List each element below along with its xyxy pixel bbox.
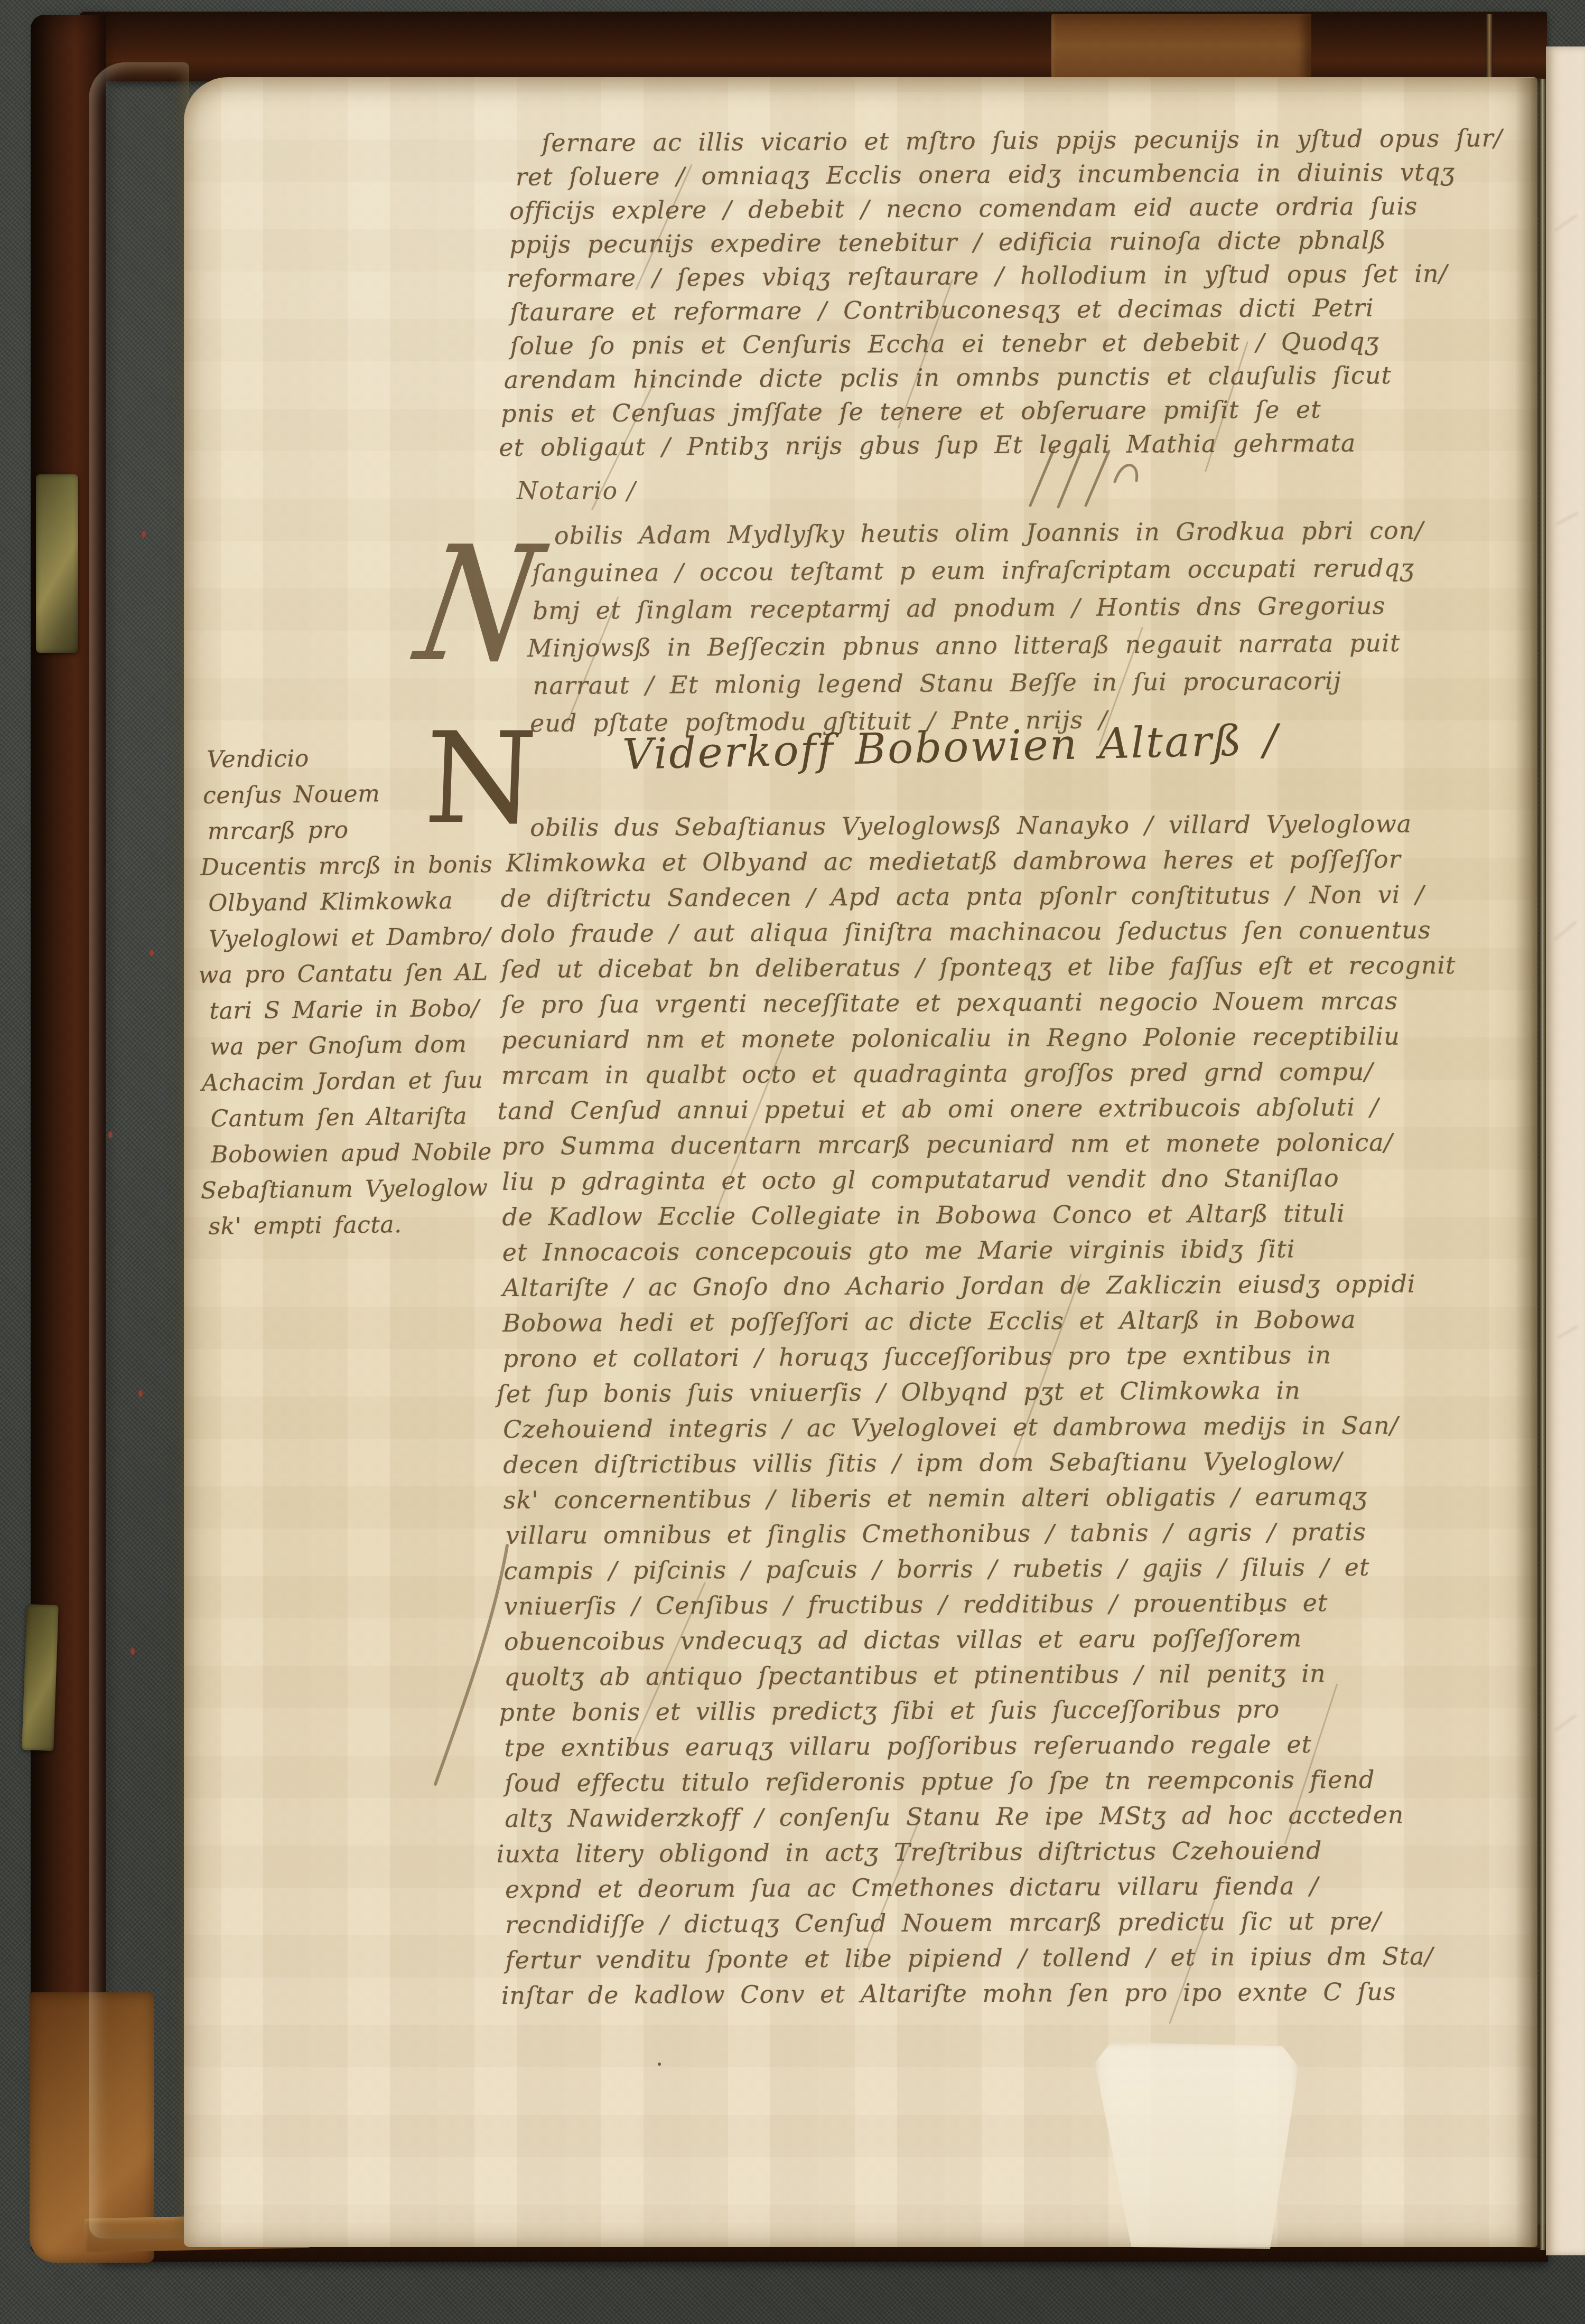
text-line: tari S Marie in Bobo/ [209, 990, 494, 1029]
text-line: Vyeloglowi et Dambro/ [209, 919, 493, 958]
text-line: obilis Adam Mydlyſky heutis olim Joannis… [554, 512, 1424, 555]
text-line: de diſtrictu Sandecen / Apd acta pnta pſ… [501, 877, 1456, 916]
text-line: altʒ Nawiderzkoff / conſenſu Stanu Re ip… [505, 1797, 1459, 1836]
text-line: pro Summa ducentarn mrcarß pecuniard nm … [502, 1124, 1457, 1164]
text-line: ſtaurare et reformare / Contribuconesqʒ … [510, 290, 1504, 329]
text-line: ſoud effectu titulo reſideronis pptue ſo… [505, 1761, 1459, 1801]
text-line: arendam hincinde dicte pclis in omnbs pu… [504, 358, 1504, 397]
text-line: recndidiſſe / dictuqʒ Cenſud Nouem mrcar… [505, 1903, 1460, 1943]
text-line: sk' empti facta. [208, 1206, 496, 1245]
text-line: expnd et deorum ſua ac Cmethones dictaru… [505, 1868, 1460, 1907]
paragraph-1: ſernare ac illis vicario et mſtro ſuis p… [509, 121, 1504, 464]
facing-page-sliver [1546, 46, 1585, 2255]
text-line: sk' concernentibus / liberis et nemin al… [504, 1478, 1458, 1518]
text-line: ſanguinea / occou teſtamt p eum infraſcr… [532, 549, 1424, 592]
text-line: de Kadlow Ecclie Collegiate in Bobowa Co… [502, 1195, 1457, 1235]
text-line: tand Cenſud annui ppetui et ab omi onere… [497, 1089, 1456, 1129]
text-line: ſolue ſo pnis et Cenſuris Eccha ei teneb… [510, 324, 1504, 363]
text-line: prono et collatori / horuqʒ ſucceſſoribu… [502, 1337, 1457, 1376]
text-line: decen diſtrictibus villis ſitis / ipm do… [503, 1443, 1458, 1483]
text-line: ſe pro ſua vrgenti neceſſitate et pexqua… [501, 983, 1456, 1023]
text-line: campis / piſcinis / paſcuis / borris / r… [504, 1549, 1458, 1589]
top-leather-fold [1486, 14, 1493, 82]
margin-flourish-icon [427, 1541, 519, 1789]
text-line: Ducentis mrcß in bonis [200, 847, 492, 886]
text-line: inſtar de kadlow Conv et Altariſte mohn … [501, 1974, 1460, 2013]
brass-clasp-bottom-icon [22, 1604, 59, 1751]
text-line: pecuniard nm et monete polonicaliu in Re… [501, 1018, 1456, 1058]
text-line: Vendicio [207, 739, 491, 778]
text-line: ppijs pecunijs expedire tenebitur / edif… [509, 222, 1503, 261]
text-line: Altariſte / ac Gnoſo dno Achario Jordan … [502, 1266, 1457, 1306]
text-line: et Innocacois concepcouis gto me Marie v… [502, 1231, 1457, 1270]
text-line: vniuerſis / Cenſibus / fructibus / reddi… [504, 1585, 1458, 1624]
text-line: wa per Gnoſum dom [210, 1026, 495, 1065]
text-line: Klimkowka et Olbyand ac medietatß dambro… [506, 841, 1455, 881]
paragraph-3: obilis dus Sebaſtianus Vyeloglowsß Nanay… [500, 806, 1460, 2013]
text-line: Minjowsß in Beſſeczin pbnus anno littera… [527, 624, 1424, 667]
notary-line: Notario / [517, 476, 636, 505]
text-line: obuencoibus vndecuqʒ ad dictas villas et… [504, 1620, 1459, 1660]
text-line: liu p gdraginta et octo gl computatarud … [502, 1160, 1457, 1200]
text-line: Bobowien apud Nobile [211, 1134, 496, 1173]
text-line: Olbyand Klimkowka [208, 883, 493, 922]
paragraph-2: obilis Adam Mydlyſky heutis olim Joannis… [532, 512, 1425, 742]
pen-trial-flourish-icon [1017, 445, 1144, 513]
gutter-fold-line [1540, 79, 1546, 2250]
text-line: officijs explere / debebit / necno comen… [509, 189, 1503, 228]
brass-clasp-top-icon [36, 474, 78, 653]
text-line: Bobowa hedi et poſſeſſori ac dicte Eccli… [502, 1301, 1457, 1341]
text-line: wa pro Cantatu ſen AL [198, 954, 493, 994]
text-line: et obligaut / Pntibʒ nrijs gbus ſup Et l… [499, 425, 1504, 464]
page-edge-stack [89, 62, 189, 2238]
text-line: mrcarß pro [207, 811, 492, 850]
fly-speck [658, 2063, 661, 2066]
red-speck [130, 1648, 135, 1655]
text-line: narraut / Et mlonig legend Stanu Beſſe i… [533, 662, 1424, 705]
text-line: dolo fraude / aut aliqua ſiniſtra machin… [501, 912, 1456, 952]
red-speck [108, 1131, 113, 1138]
red-speck [150, 950, 154, 957]
text-line: Cantum ſen Altariſta [210, 1098, 495, 1137]
text-line: pnte bonis et villis predictʒ ſibi et ſu… [499, 1691, 1459, 1730]
text-line: bmj et ſinglam receptarmj ad pnodum / Ho… [533, 587, 1424, 630]
red-speck [138, 1390, 143, 1397]
text-line: fertur venditu ſponte et libe pipiend / … [505, 1938, 1460, 1978]
text-line: iuxta litery obligond in actʒ Treſtribus… [497, 1832, 1460, 1872]
text-line: villaru omnibus et ſinglis Cmethonibus /… [506, 1514, 1458, 1553]
text-line: Sebaſtianum Vyeloglow [201, 1170, 496, 1209]
text-line: pnis et Cenſuas jmſſate ſe tenere et obſ… [501, 391, 1504, 430]
top-leather-edge [79, 12, 1547, 81]
text-line: cenſus Nouem [203, 775, 492, 814]
text-line: Czehouiend integris / ac Vyeloglovei et … [503, 1408, 1458, 1447]
red-speck [142, 531, 146, 538]
text-line: ſet ſup bonis ſuis vniuerſis / Olbyqnd p… [497, 1372, 1458, 1412]
text-line: reformare / ſepes vbiqʒ reſtaurare / hol… [507, 256, 1504, 295]
top-leather-light-patch [1051, 14, 1311, 83]
text-line: ret ſoluere / omniaqʒ Ecclis onera eidʒ … [516, 155, 1503, 194]
margin-note: Vendiciocenſus Nouemmrcarß proDucentis m… [207, 739, 497, 1245]
text-line: ſed ut dicebat bn deliberatus / ſponteqʒ… [501, 948, 1456, 987]
text-line: Achacim Jordan et ſuu [201, 1062, 495, 1101]
text-line: obilis dus Sebaſtianus Vyeloglowsß Nanay… [530, 806, 1455, 846]
scanned-manuscript-scene: ſernare ac illis vicario et mſtro ſuis p… [0, 0, 1585, 2324]
text-line: mrcam in qualbt octo et quadraginta groſ… [501, 1054, 1456, 1093]
text-line: quoltʒ ab antiquo ſpectantibus et ptinen… [504, 1655, 1459, 1695]
text-line: ſernare ac illis vicario et mſtro ſuis p… [542, 121, 1503, 160]
